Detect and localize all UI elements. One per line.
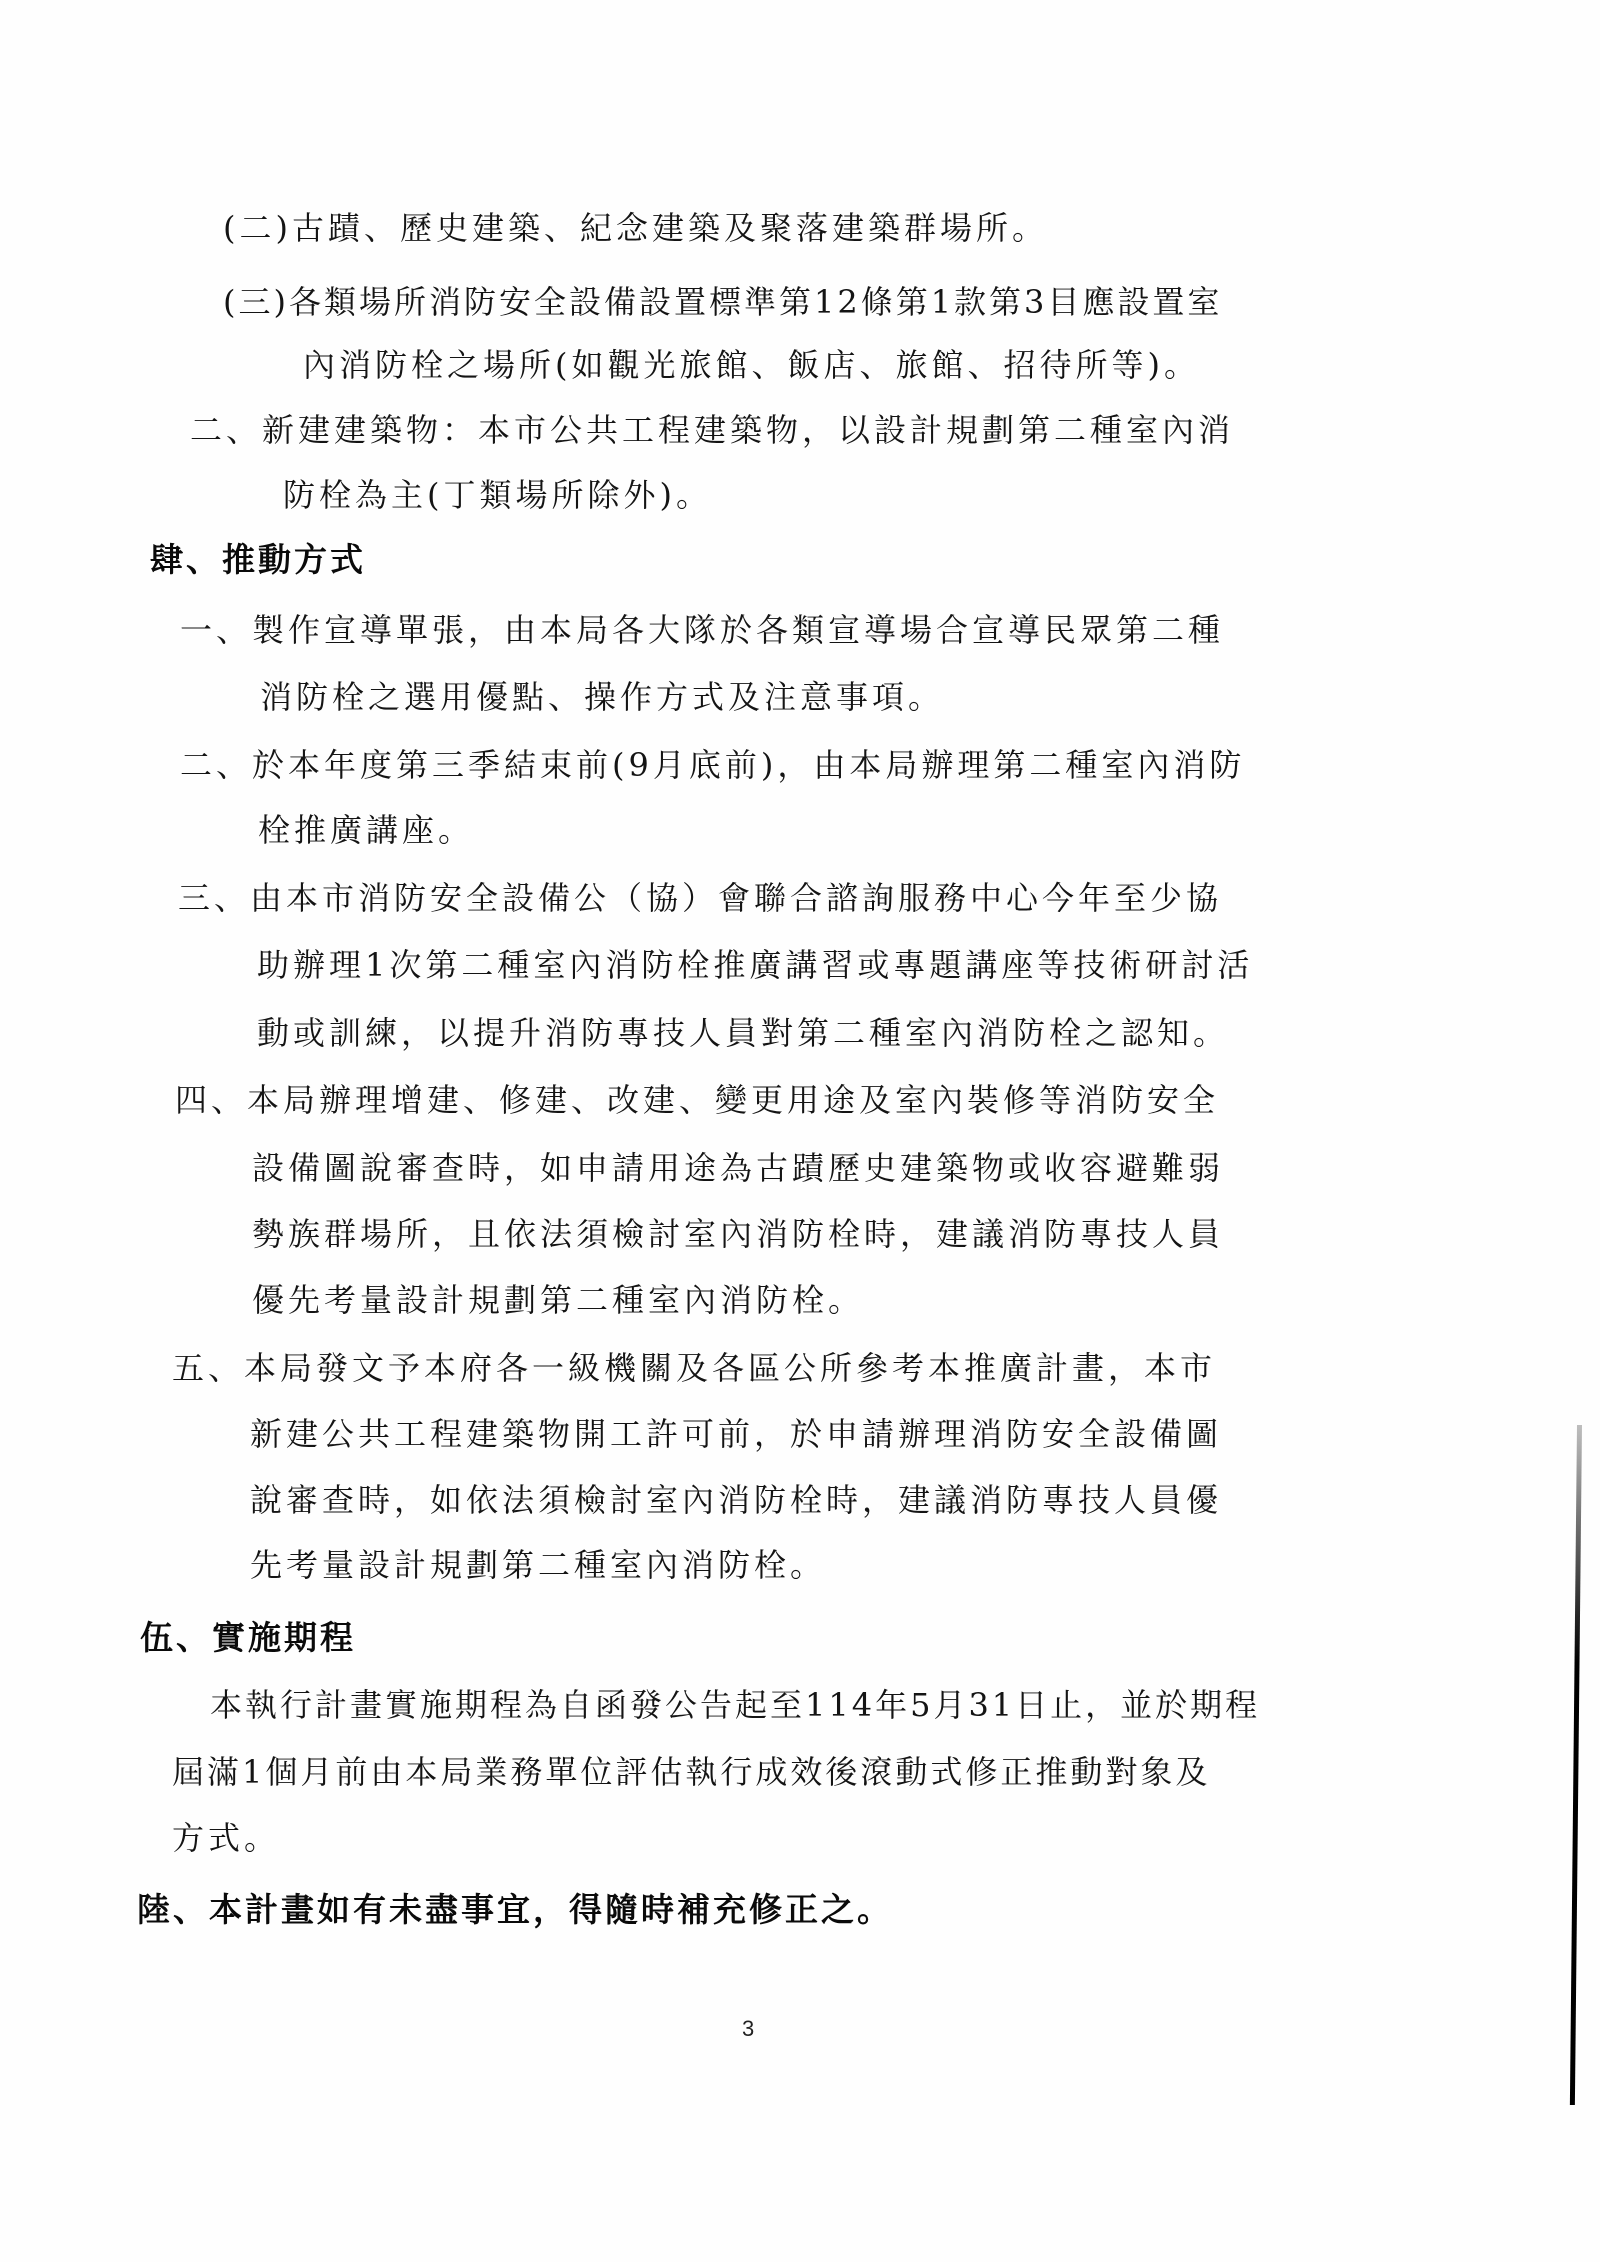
item-2-heritage-buildings: (二)古蹟、歷史建築、紀念建築及聚落建築群場所。: [223, 208, 1048, 248]
method-2-seminar: 二、於本年度第三季結束前(9月底前)，由本局辦理第二種室內消防: [180, 745, 1245, 785]
scan-edge-line: [1570, 1425, 1582, 2105]
method-1-leaflets-cont: 消防栓之選用優點、操作方式及注意事項。: [260, 677, 944, 717]
method-5-official-letter: 五、本局發文予本府各一級機關及各區公所參考本推廣計畫，本市: [172, 1348, 1216, 1388]
section-heading-supplementary: 陸、本計畫如有未盡事宜，得隨時補充修正之。: [137, 1890, 893, 1930]
section-heading-schedule: 伍、實施期程: [140, 1618, 356, 1658]
section-heading-promotion-methods: 肆、推動方式: [150, 540, 366, 580]
method-5-official-letter-cont1: 新建公共工程建築物開工許可前，於申請辦理消防安全設備圖: [250, 1414, 1222, 1454]
item-3-fire-hydrant-venues: (三)各類場所消防安全設備設置標準第12條第1款第3目應設置室: [223, 282, 1222, 322]
method-2-seminar-cont: 栓推廣講座。: [258, 810, 474, 850]
item-new-buildings: 二、新建建築物：本市公共工程建築物，以設計規劃第二種室內消: [190, 410, 1234, 450]
method-4-review-cont3: 優先考量設計規劃第二種室內消防栓。: [252, 1280, 864, 1320]
method-3-association-cont2: 動或訓練，以提升消防專技人員對第二種室內消防栓之認知。: [257, 1013, 1229, 1053]
item-3-fire-hydrant-venues-cont: 內消防栓之場所(如觀光旅館、飯店、旅館、招待所等)。: [303, 345, 1200, 385]
schedule-paragraph-line3: 方式。: [172, 1818, 280, 1858]
method-5-official-letter-cont2: 說審查時，如依法須檢討室內消防栓時，建議消防專技人員優: [250, 1480, 1222, 1520]
method-4-review: 四、本局辦理增建、修建、改建、變更用途及室內裝修等消防安全: [175, 1080, 1219, 1120]
method-5-official-letter-cont3: 先考量設計規劃第二種室內消防栓。: [250, 1545, 826, 1585]
method-3-association-cont1: 助辦理1次第二種室內消防栓推廣講習或專題講座等技術研討活: [257, 945, 1253, 985]
item-new-buildings-cont: 防栓為主(丁類場所除外)。: [283, 475, 712, 515]
method-1-leaflets: 一、製作宣導單張，由本局各大隊於各類宣導場合宣導民眾第二種: [180, 610, 1224, 650]
schedule-paragraph-line2: 屆滿1個月前由本局業務單位評估執行成效後滾動式修正推動對象及: [172, 1752, 1210, 1792]
page-number: 3: [742, 2016, 754, 2042]
document-page: (二)古蹟、歷史建築、紀念建築及聚落建築群場所。 (三)各類場所消防安全設備設置…: [0, 0, 1600, 2262]
schedule-paragraph-line1: 本執行計畫實施期程為自函發公告起至114年5月31日止，並於期程: [210, 1685, 1260, 1725]
method-4-review-cont1: 設備圖說審查時，如申請用途為古蹟歷史建築物或收容避難弱: [252, 1148, 1224, 1188]
method-4-review-cont2: 勢族群場所，且依法須檢討室內消防栓時，建議消防專技人員: [252, 1214, 1224, 1254]
method-3-association: 三、由本市消防安全設備公（協）會聯合諮詢服務中心今年至少協: [178, 878, 1222, 918]
